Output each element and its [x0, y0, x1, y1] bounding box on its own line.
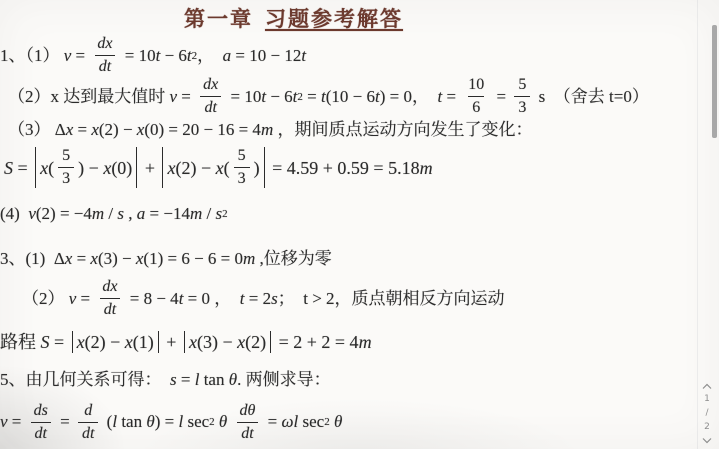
- formula-text: tan: [117, 411, 146, 432]
- formula-text: =: [263, 411, 281, 432]
- formula-text: (3) −: [197, 331, 237, 354]
- formula-text: =: [71, 45, 89, 66]
- formula-text: (10 − 6: [326, 86, 375, 107]
- fraction: 53: [58, 147, 74, 188]
- formula-text: ，: [197, 45, 223, 66]
- math-variable: m: [243, 248, 255, 269]
- formula-line: 3、(1) Δx = x(3) − x(1) = 6 − 6 = 0m ,位移为…: [0, 248, 698, 269]
- formula-text: ) = 0，: [380, 86, 438, 107]
- math-variable: x: [40, 157, 48, 180]
- formula-text: ,: [124, 203, 137, 224]
- formula-text: =: [442, 86, 460, 107]
- math-variable: v: [170, 86, 178, 107]
- math-variable: v: [64, 45, 72, 66]
- formula-line: v = dsdt = ddt (l tan θ) = l sec2 θ dθdt…: [0, 402, 698, 443]
- formula-text: (2) −: [99, 119, 137, 140]
- formula-text: =: [73, 119, 91, 140]
- absolute-value-group: x(2) − x(53): [162, 147, 264, 188]
- math-variable: s: [271, 288, 278, 309]
- formula-line: S = x(53) − x(0) + x(2) − x(53) = 4.59 +…: [0, 147, 698, 188]
- formula-text: （2）x 达到最大值时: [8, 86, 170, 107]
- chevron-up-icon[interactable]: [702, 383, 712, 390]
- formula-text: =: [303, 86, 321, 107]
- formula-text: +: [162, 331, 181, 354]
- math-variable: v: [69, 288, 77, 309]
- fraction: 106: [464, 76, 488, 117]
- math-variable: a: [223, 45, 232, 66]
- formula-text: = 10 − 12: [231, 45, 301, 66]
- formula-text: (3) −: [98, 248, 136, 269]
- math-variable: m: [190, 203, 202, 224]
- formula-text: = 4.59 + 0.59 = 5.18: [268, 157, 420, 180]
- formula-text: =: [76, 288, 94, 309]
- chapter-label: 第一章: [184, 7, 253, 31]
- math-variable: m: [359, 331, 372, 354]
- formula-text: tan: [199, 369, 228, 390]
- formula-text: =: [177, 86, 195, 107]
- formula-text: ) =: [155, 411, 179, 432]
- math-variable: x: [65, 248, 73, 269]
- formula-text: =: [72, 248, 90, 269]
- formula-text: = 10: [121, 45, 156, 66]
- fraction-numerator: dθ: [236, 402, 260, 422]
- formula-text: 3、(1) Δ: [0, 248, 65, 269]
- math-variable: x: [77, 331, 85, 354]
- formula-text: (0) = 20 − 16 = 4: [144, 119, 261, 140]
- formula-text: (: [102, 411, 112, 432]
- math-variable: a: [137, 203, 146, 224]
- absolute-value-group: x(2) − x(1): [72, 331, 159, 354]
- formula-text: =: [177, 369, 195, 390]
- math-variable: θ: [229, 369, 237, 390]
- formula-text: = 0 ，: [183, 288, 239, 309]
- math-variable: s: [170, 369, 177, 390]
- fraction-denominator: 3: [58, 167, 74, 188]
- fraction-denominator: 3: [514, 96, 530, 117]
- formula-text: （3） Δ: [8, 119, 66, 140]
- formula-text: (1) = 6 − 6 = 0: [143, 248, 243, 269]
- math-variable: t: [187, 45, 192, 66]
- math-variable: m: [261, 119, 273, 140]
- formula-text: (2): [245, 331, 266, 354]
- formula-text: = 10: [226, 86, 261, 107]
- fraction-denominator: dt: [100, 298, 120, 319]
- fraction-numerator: 10: [464, 76, 488, 96]
- fraction-denominator: dt: [31, 422, 51, 443]
- formula-line: 1、（1） v = dxdt = 10t − 6t2， a = 10 − 12t: [0, 35, 698, 76]
- math-variable: x: [189, 331, 197, 354]
- math-variable: x: [216, 157, 224, 180]
- fraction-denominator: dt: [78, 422, 98, 443]
- math-variable: x: [91, 119, 99, 140]
- formula-text: ): [254, 157, 260, 180]
- formula-text: /: [202, 203, 215, 224]
- math-variable: x: [237, 331, 245, 354]
- formula-line: (4) v(2) = −4m / s , a = −14m / s2: [0, 203, 698, 224]
- fraction-denominator: 6: [468, 96, 484, 117]
- fraction-denominator: dt: [200, 96, 220, 117]
- formula-text: ,位移为零: [255, 248, 332, 269]
- formula-text: sec: [183, 411, 209, 432]
- math-variable: v: [0, 411, 8, 432]
- absolute-value-group: x(53) − x(0): [35, 147, 137, 188]
- fraction-numerator: 5: [58, 147, 74, 167]
- formula-text: =: [8, 411, 26, 432]
- math-variable: S: [4, 157, 13, 180]
- formula-text: = 2: [245, 288, 272, 309]
- formula-text: 5、由几何关系可得：: [0, 369, 170, 390]
- fraction-denominator: 3: [234, 167, 250, 188]
- formula-text: =: [492, 86, 510, 107]
- fraction-numerator: dx: [98, 278, 121, 298]
- chevron-down-icon[interactable]: [702, 437, 712, 444]
- math-variable: m: [420, 157, 433, 180]
- math-variable: θ: [146, 411, 154, 432]
- formula-text: =: [13, 157, 32, 180]
- formula-text: (2) = −4: [36, 203, 92, 224]
- fraction-numerator: dx: [199, 76, 222, 96]
- page-navigator: 1 / 2: [699, 383, 715, 444]
- fraction-denominator: dt: [237, 422, 257, 443]
- fraction-numerator: d: [80, 402, 96, 422]
- formula-text: [227, 411, 231, 432]
- formula-text: (: [224, 157, 230, 180]
- formula-text: (0): [111, 157, 132, 180]
- math-variable: x: [66, 119, 74, 140]
- page-indicator-total: 2: [704, 423, 710, 432]
- formula-text: ，期间质点运动方向发生了变化：: [273, 119, 532, 140]
- page-title: 第一章习题参考解答: [184, 3, 403, 33]
- scrollbar-track[interactable]: [711, 0, 719, 449]
- content-right-divider: [697, 0, 698, 449]
- formula-text: ) −: [78, 157, 103, 180]
- formula-text: = −14: [145, 203, 190, 224]
- fraction: 53: [234, 147, 250, 188]
- formula-text: (2) −: [85, 331, 125, 354]
- fraction-numerator: 5: [514, 76, 530, 96]
- fraction-numerator: ds: [30, 402, 52, 422]
- fraction: ddt: [78, 402, 98, 443]
- formula-text: 路程: [0, 331, 41, 354]
- fraction: dθdt: [236, 402, 260, 443]
- absolute-value-group: x(3) − x(2): [184, 331, 271, 354]
- formula-text: （2）: [22, 288, 69, 309]
- formula-text: − 6: [160, 45, 187, 66]
- math-variable: v: [28, 203, 36, 224]
- math-variable: t: [301, 45, 306, 66]
- formula-line: （2） v = dxdt = 8 − 4t = 0 ， t = 2s； t > …: [0, 278, 698, 319]
- fraction: dsdt: [30, 402, 52, 443]
- formula-text: (2) −: [175, 157, 215, 180]
- formula-line: （2）x 达到最大值时 v = dxdt = 10t − 6t2 = t(10 …: [0, 76, 698, 117]
- formula-line: 路程 S = x(2) − x(1) + x(3) − x(2) = 2 + 2…: [0, 331, 698, 354]
- fraction: dxdt: [93, 35, 116, 76]
- fraction: dxdt: [98, 278, 121, 319]
- math-variable: θ: [334, 411, 342, 432]
- math-variable: x: [125, 331, 133, 354]
- fraction-numerator: dx: [93, 35, 116, 55]
- formula-text: ； t > 2，质点朝相反方向运动: [278, 288, 505, 309]
- formula-text: (4): [0, 203, 28, 224]
- fraction-numerator: 5: [234, 147, 250, 167]
- formula-text: (1): [133, 331, 154, 354]
- formula-text: − 6: [266, 86, 293, 107]
- scrollbar-thumb[interactable]: [712, 25, 717, 138]
- formula-text: /: [104, 203, 117, 224]
- math-variable: x: [90, 248, 98, 269]
- page-indicator-current: 1: [704, 395, 710, 404]
- math-variable: m: [92, 203, 104, 224]
- fraction: dxdt: [199, 76, 222, 117]
- formula-text: = 8 − 4: [126, 288, 179, 309]
- formula-text: =: [50, 331, 69, 354]
- formula-text: s （舍去 t=0）: [534, 86, 648, 107]
- formula-line: （3） Δx = x(2) − x(0) = 20 − 16 = 4m ，期间质…: [0, 119, 698, 140]
- math-variable: s: [117, 203, 124, 224]
- fraction-denominator: dt: [95, 55, 115, 76]
- formula-text: +: [140, 157, 159, 180]
- formula-text: (: [48, 157, 54, 180]
- math-variable: ωl: [281, 411, 298, 432]
- math-variable: S: [41, 331, 50, 354]
- formula-line: 5、由几何关系可得： s = l tan θ. 两侧求导：: [0, 369, 698, 390]
- formula-text: =: [56, 411, 74, 432]
- formula-text: = 2 + 2 = 4: [274, 331, 358, 354]
- formula-text: 1、（1）: [0, 45, 64, 66]
- title-underlined-text: 习题参考解答: [265, 7, 403, 31]
- formula-text: sec: [298, 411, 324, 432]
- document-content: 1、（1） v = dxdt = 10t − 6t2， a = 10 − 12t…: [0, 33, 698, 443]
- formula-text: . 两侧求导：: [237, 369, 331, 390]
- fraction: 53: [514, 76, 530, 117]
- page-indicator-separator: /: [705, 409, 708, 418]
